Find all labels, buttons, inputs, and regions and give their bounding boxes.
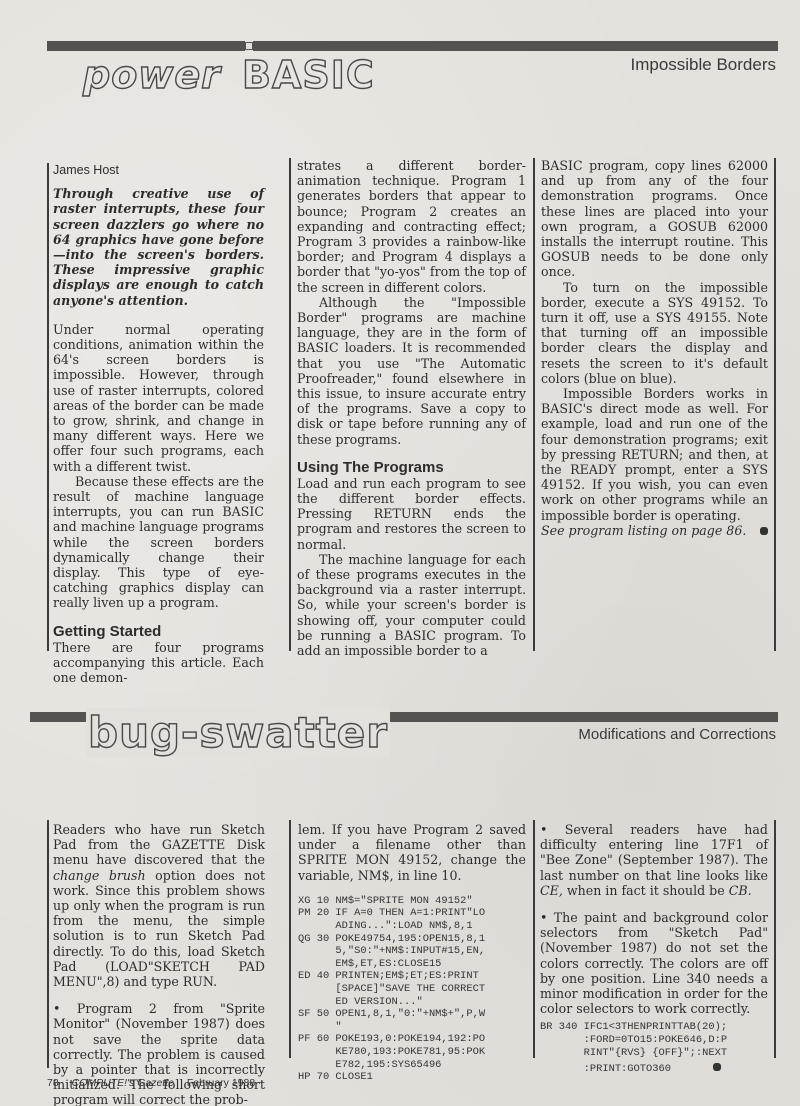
column-rule [289,820,291,1058]
code-line: E782,195:SYS65496 [298,1059,526,1072]
code-line: :PRINT:GOTO360 [540,1059,768,1076]
paragraph: Readers who have run Sketch Pad from the… [53,822,265,989]
column-rule [47,163,49,651]
text-run: option does not work. Since this problem… [53,868,265,989]
paragraph: Under normal operating conditions, anima… [53,322,264,474]
paragraph: lem. If you have Program 2 saved under a… [298,822,526,883]
page-number: 78 [47,1077,59,1089]
see-listing-text: See program listing on page 86. [541,523,746,538]
bullet-paragraph: • Several readers have had difficulty en… [540,822,768,898]
code-line: ED 40 PRINTEN;EM$;ET;ES:PRINT [298,970,526,983]
code-line: HP 70 CLOSE1 [298,1071,526,1084]
column-rule [289,158,291,651]
text-run: Readers who have run Sketch Pad from the… [53,822,265,867]
program-listing-reference: See program listing on page 86. [541,523,768,538]
paragraph: Because these effects are the result of … [53,474,264,611]
rule-notch [245,42,253,50]
code-line: ED VERSION..." [298,996,526,1009]
emphasis: CE, [540,883,563,898]
emphasis: change brush [53,868,146,883]
text-run: • Several readers have had difficulty en… [540,822,768,883]
text-run: when in fact it should be [563,883,729,898]
code-line: BR 340 IFC1<3THENPRINTTAB(20); [540,1021,768,1034]
code-line: PM 20 IF A=0 THEN A=1:PRINT"LO [298,907,526,920]
column-rule [533,820,535,1058]
code-listing: XG 10 NM$="SPRITE MON 49152"PM 20 IF A=0… [298,895,526,1084]
paragraph: There are four programs accompanying thi… [53,640,264,686]
paragraph: strates a different border-animation tec… [297,158,526,295]
article2-column-2: lem. If you have Program 2 saved under a… [298,822,526,1084]
paragraph: To turn on the impossible border, execut… [541,280,768,386]
byline: James Host [53,163,264,178]
column-logo-power-basic: power BASIC [83,56,375,94]
end-of-article-icon [713,1063,721,1071]
article1-column-2: strates a different border-animation tec… [297,158,526,658]
article-title: Impossible Borders [630,55,776,75]
code-line: " [298,1021,526,1034]
code-line: QG 30 POKE49754,195:OPEN15,8,1 [298,933,526,946]
logo-word-basic: BASIC [242,53,375,97]
bullet-paragraph: • Program 2 from "Sprite Monitor" (Novem… [53,1001,265,1106]
code-line: ADING...":LOAD NM$,8,1 [298,920,526,933]
article-title: Modifications and Corrections [578,726,776,743]
header-rule-bar [47,41,245,51]
end-of-article-icon [760,527,768,535]
subheading-using-the-programs: Using The Programs [297,459,526,476]
code-line: RINT"{RVS} {OFF}";:NEXT [540,1047,768,1060]
magazine-name: COMPUTE!'s Gazette [72,1077,174,1089]
code-line: SF 50 OPEN1,8,1,"0:"+NM$+",P,W [298,1008,526,1021]
logo-word-power: power [83,53,221,97]
emphasis: CB. [729,883,752,898]
subheading-getting-started: Getting Started [53,623,264,640]
paragraph: Load and run each program to see the dif… [297,476,526,552]
article1-column-1: James Host Through creative use of raste… [53,163,264,685]
code-line: XG 10 NM$="SPRITE MON 49152" [298,895,526,908]
code-listing: BR 340 IFC1<3THENPRINTTAB(20); :FORD=0TO… [540,1021,768,1075]
article2-column-3: • Several readers have had difficulty en… [540,822,768,1076]
page-footer: 78 COMPUTE!'s Gazette February 1988 [47,1077,255,1089]
paragraph: Although the "Impossible Border" program… [297,295,526,447]
logo-word-bug-swatter: bug-swatter [86,708,390,757]
column-rule [47,820,49,1068]
code-text: :PRINT:GOTO360 [540,1063,671,1075]
code-line: [SPACE]"SAVE THE CORRECT [298,983,526,996]
code-line: :FORD=0TO15:POKE646,D:P [540,1034,768,1047]
bullet-paragraph: • The paint and background color selecto… [540,910,768,1016]
article2-column-1: Readers who have run Sketch Pad from the… [53,822,265,1106]
code-line: KE780,193:POKE781,95:POK [298,1046,526,1059]
code-line: EM$,ET,ES:CLOSE15 [298,958,526,971]
article-deck: Through creative use of raster interrupt… [53,186,264,308]
article1-column-3: BASIC program, copy lines 62000 and up f… [541,158,768,538]
column-rule [774,820,776,1058]
code-line: PF 60 POKE193,0:POKE194,192:PO [298,1033,526,1046]
issue-date: February 1988 [187,1077,255,1089]
header-rule-bar [253,41,778,51]
paragraph: BASIC program, copy lines 62000 and up f… [541,158,768,280]
code-line: 5,"S0:"+NM$:INPUT#15,EN, [298,945,526,958]
column-rule [533,158,535,651]
paragraph: Impossible Borders works in BASIC's dire… [541,386,768,523]
paragraph: The machine language for each of these p… [297,552,526,658]
column-logo-bug-swatter: bug-swatter [86,712,390,754]
column-rule [774,158,776,651]
